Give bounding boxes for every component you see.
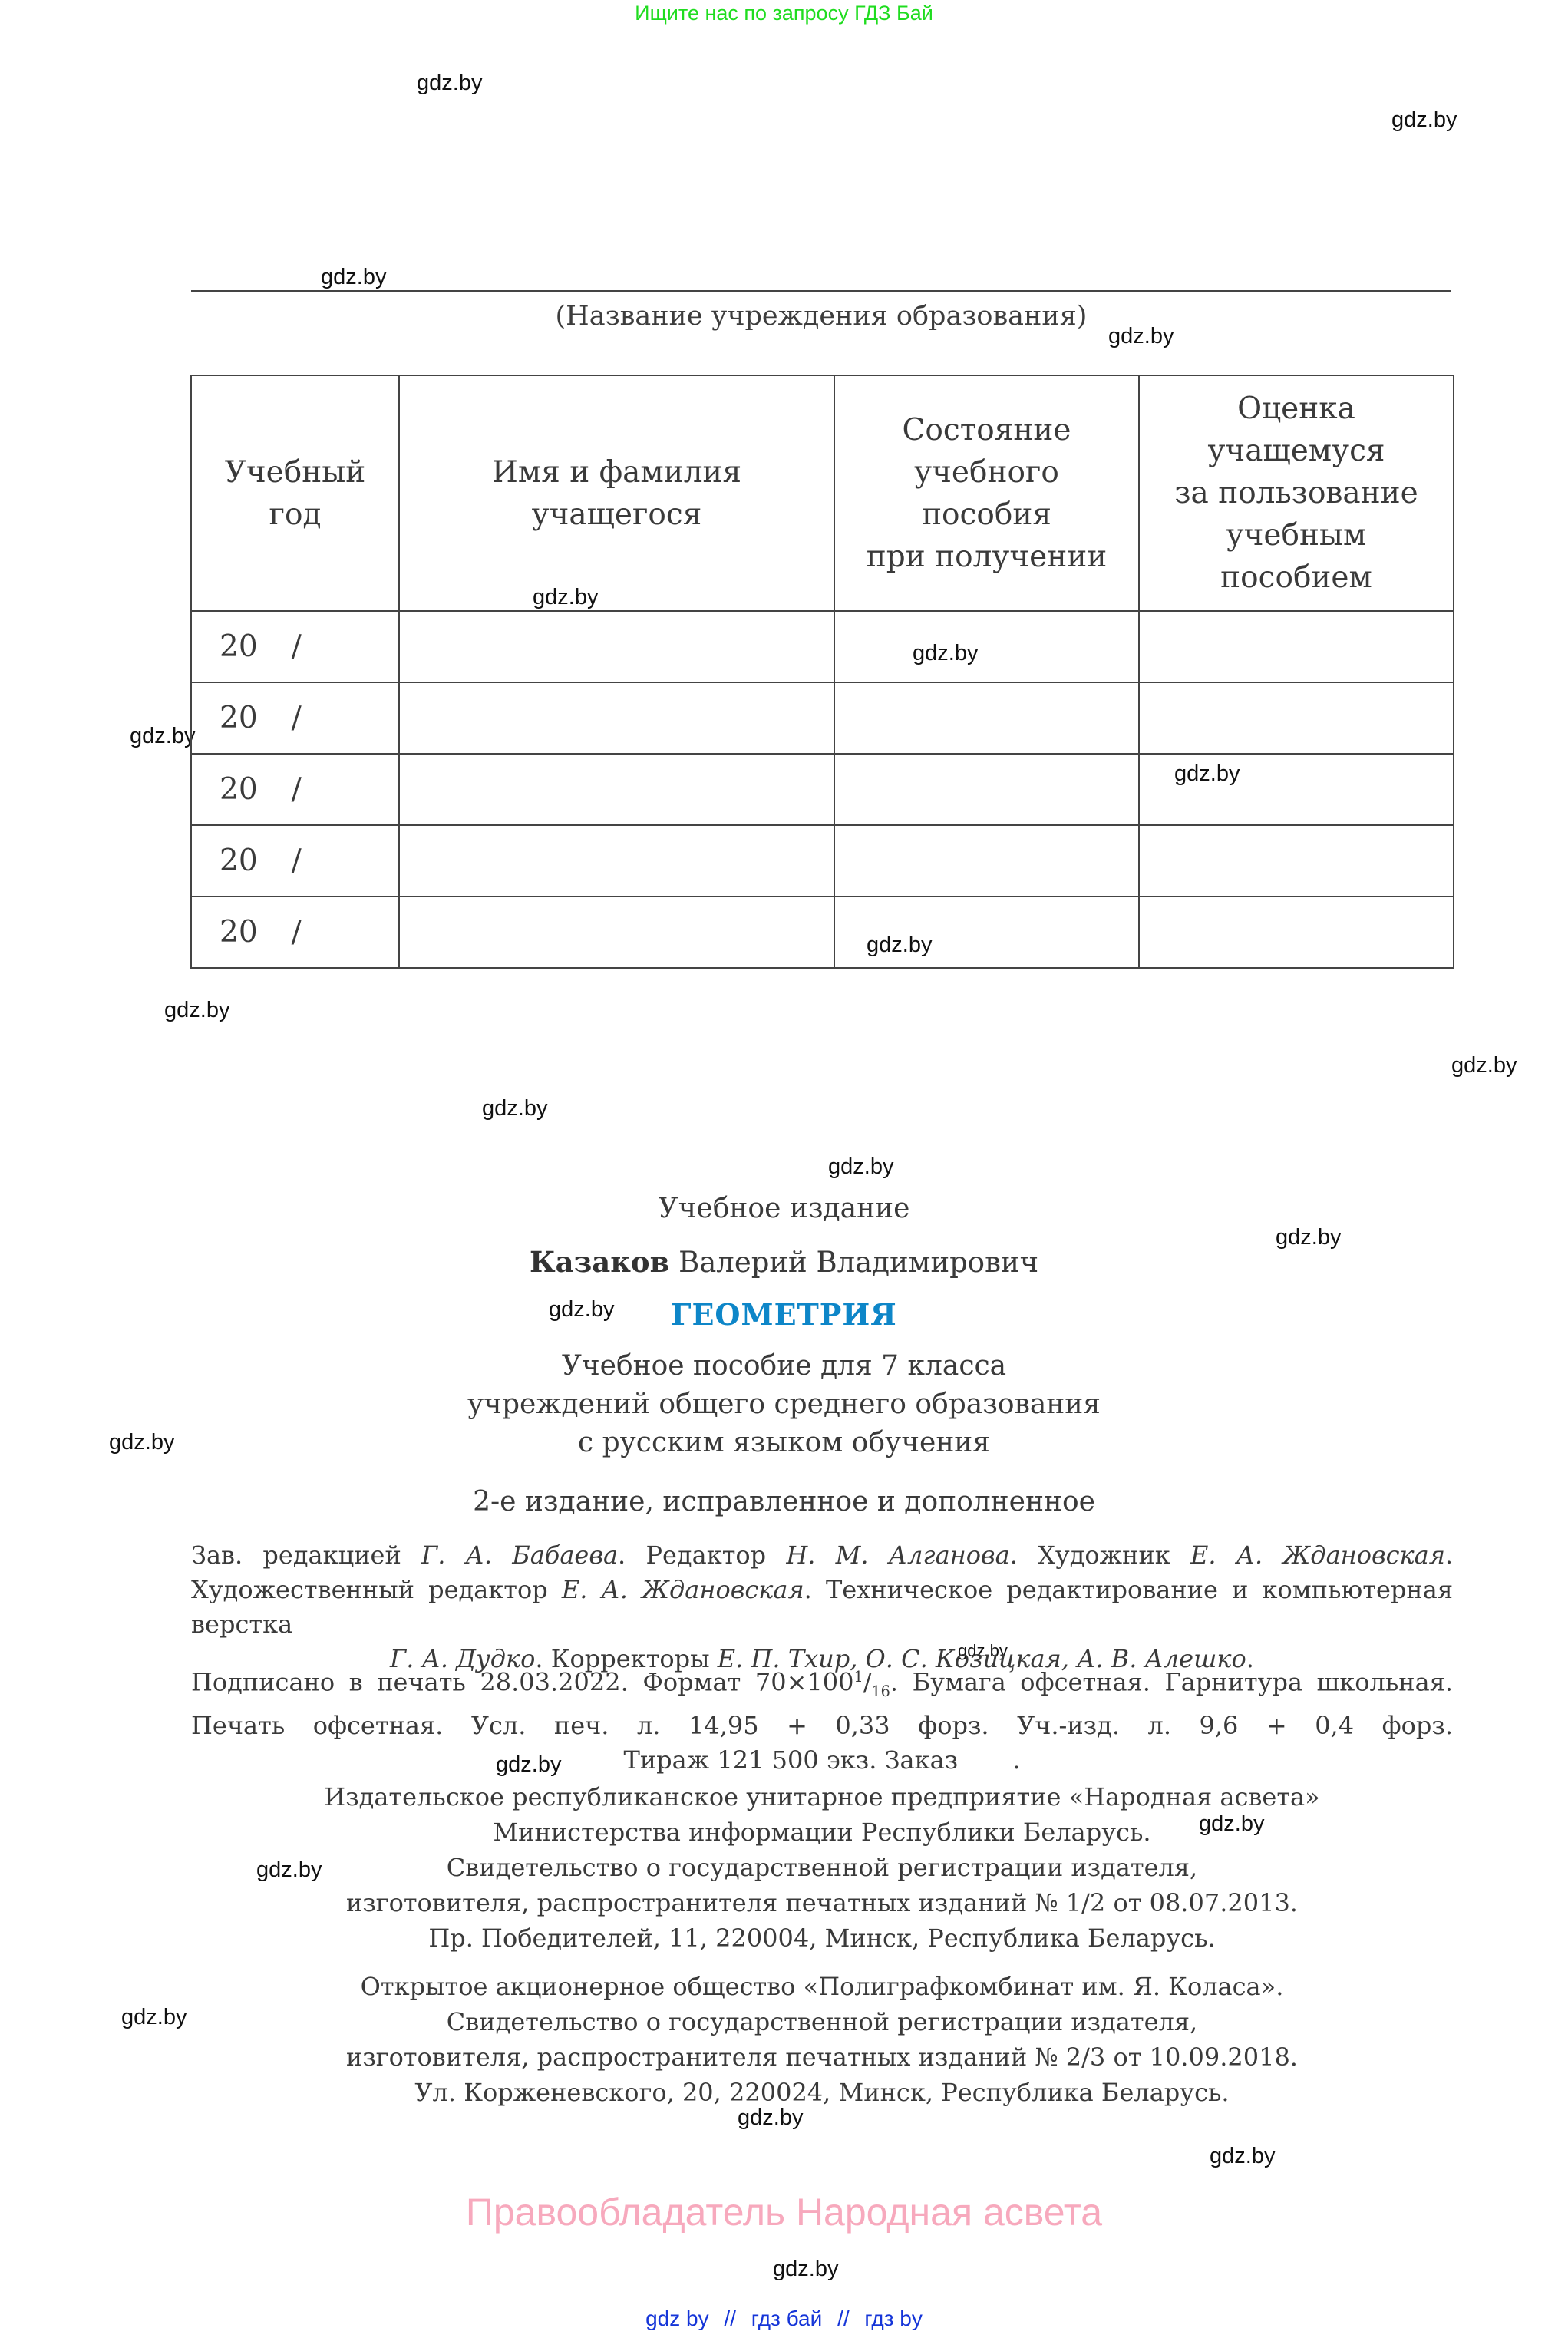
author: Казаков Валерий Владимирович [0,1245,1568,1279]
watermark: gdz.by [482,1096,547,1121]
year-cell[interactable]: 20/ [191,825,399,897]
condition-cell[interactable] [834,682,1139,754]
condition-cell[interactable] [834,611,1139,682]
circulation: Тираж 121 500 экз. [624,1745,877,1775]
grade-cell[interactable] [1139,897,1454,968]
format-sup: 1 [853,1668,863,1686]
year-prefix: 20 [220,701,258,735]
name-cell[interactable] [399,611,834,682]
name-cell[interactable] [399,825,834,897]
printer-line: Свидетельство о государственной регистра… [191,2004,1453,2039]
footer-link[interactable]: gdz by [645,2307,709,2330]
publisher-line: Издательское республиканское унитарное п… [191,1779,1453,1815]
watermark: gdz.by [321,265,386,290]
year-prefix: 20 [220,629,258,664]
watermark: gdz.by [164,998,229,1023]
year-prefix: 20 [220,772,258,807]
watermark: gdz.by [121,2005,187,2030]
format-value: 70×100 [755,1668,854,1697]
header-student-name: Имя и фамилия учащегося [399,375,834,611]
printer-info: Открытое акционерное общество «Полиграфк… [191,1969,1453,2110]
publisher-line: Свидетельство о государственной регистра… [191,1850,1453,1885]
header-student-grade: Оценка учащемуся за пользование учебным … [1139,375,1454,611]
paper-type: Бумага офсетная. [913,1668,1150,1697]
search-hint-banner: Ищите нас по запросу ГДЗ Бай [0,2,1568,25]
name-cell[interactable] [399,754,834,825]
condition-cell[interactable] [834,897,1139,968]
signed-date: 28.03.2022 [480,1668,620,1697]
year-separator: / [292,701,302,735]
year-cell[interactable]: 20/ [191,611,399,682]
institution-caption: (Название учреждения образования) [191,301,1451,332]
publisher-info: Издательское республиканское унитарное п… [191,1779,1453,1956]
footer-separator: // [837,2307,850,2330]
year-separator: / [292,915,302,949]
watermark: gdz.by [1451,1053,1517,1078]
condition-cell[interactable] [834,754,1139,825]
header-school-year: Учебный год [191,375,399,611]
table-row: 20/ [191,897,1454,968]
staff-role: Зав. редакцией [191,1541,401,1570]
conventional-sheets: Усл. печ. л. 14,95 + 0,33 форз. [471,1711,989,1740]
year-prefix: 20 [220,915,258,949]
grade-cell[interactable] [1139,825,1454,897]
printer-line: Ул. Корженевского, 20, 220024, Минск, Ре… [191,2075,1453,2110]
table-row: 20/ [191,754,1454,825]
staff-role: Художник [1038,1541,1170,1570]
watermark: gdz.by [130,724,195,749]
staff-name: Н. М. Алганова [786,1541,1009,1570]
watermark: gdz.by [828,1154,893,1180]
year-cell[interactable]: 20/ [191,754,399,825]
format-label: Формат [642,1668,741,1697]
watermark: gdz.by [417,71,482,96]
year-separator: / [292,629,302,664]
staff-name: Е. А. Ждановская [562,1575,804,1604]
signed-label: Подписано в печать [191,1668,466,1697]
grade-cell[interactable] [1139,754,1454,825]
edition-note: 2-е издание, исправленное и дополненное [0,1486,1568,1517]
editorial-staff: Зав. редакцией Г. А. Бабаева. Редактор Н… [191,1538,1453,1676]
format-sub: 16 [871,1683,890,1700]
table-row: 20/ [191,682,1454,754]
book-subtitle: Учебное пособие для 7 класса учреждений … [0,1347,1568,1462]
textbook-usage-table: Учебный год Имя и фамилия учащегося Сост… [190,375,1454,969]
year-cell[interactable]: 20/ [191,682,399,754]
watermark: gdz.by [1391,107,1457,133]
watermark: gdz.by [1210,2144,1275,2169]
order-label: Заказ [885,1745,959,1775]
staff-name: Г. А. Бабаева [421,1541,618,1570]
typeface: Гарнитура школьная. [1165,1668,1454,1697]
table-row: 20/ [191,611,1454,682]
subtitle-line: учреждений общего среднего образования [0,1385,1568,1424]
author-surname: Казаков [530,1245,669,1279]
publisher-line: изготовителя, распространителя печатных … [191,1885,1453,1920]
rights-holder-notice: Правообладатель Народная асвета [0,2190,1568,2234]
footer-link[interactable]: гдз бай [751,2307,823,2330]
footer-link[interactable]: гдз by [864,2307,922,2330]
header-condition-on-receipt: Состояние учебного пособия при получении [834,375,1139,611]
table-row: 20/ [191,825,1454,897]
name-cell[interactable] [399,897,834,968]
footer-separator: // [724,2307,736,2330]
year-prefix: 20 [220,844,258,878]
staff-role: Художественный редактор [191,1575,548,1604]
edition-type: Учебное издание [0,1193,1568,1224]
year-separator: / [292,772,302,807]
name-cell[interactable] [399,682,834,754]
publisher-sheets: Уч.-изд. л. 9,6 + 0,4 форз. [1017,1711,1453,1740]
condition-cell[interactable] [834,825,1139,897]
watermark: gdz.by [773,2257,838,2282]
publisher-line: Пр. Победителей, 11, 220004, Минск, Респ… [191,1920,1453,1956]
subtitle-line: Учебное пособие для 7 класса [0,1347,1568,1385]
print-details: Подписано в печать 28.03.2022. Формат 70… [191,1659,1453,1778]
staff-role: Редактор [645,1541,766,1570]
table-header-row: Учебный год Имя и фамилия учащегося Сост… [191,375,1454,611]
staff-name: Е. А. Ждановская [1190,1541,1445,1570]
printer-line: изготовителя, распространителя печатных … [191,2039,1453,2075]
year-separator: / [292,844,302,878]
publisher-line: Министерства информации Республики Белар… [191,1815,1453,1850]
grade-cell[interactable] [1139,682,1454,754]
book-title: ГЕОМЕТРИЯ [0,1297,1568,1332]
footer-links: gdz by // гдз бай // гдз by [0,2307,1568,2331]
subtitle-line: с русским языком обучения [0,1424,1568,1462]
year-cell[interactable]: 20/ [191,897,399,968]
institution-name-line [191,290,1451,292]
author-given-names: Валерий Владимирович [678,1246,1038,1279]
printer-line: Открытое акционерное общество «Полиграфк… [191,1969,1453,2004]
grade-cell[interactable] [1139,611,1454,682]
printing-method: Печать офсетная. [191,1711,443,1740]
